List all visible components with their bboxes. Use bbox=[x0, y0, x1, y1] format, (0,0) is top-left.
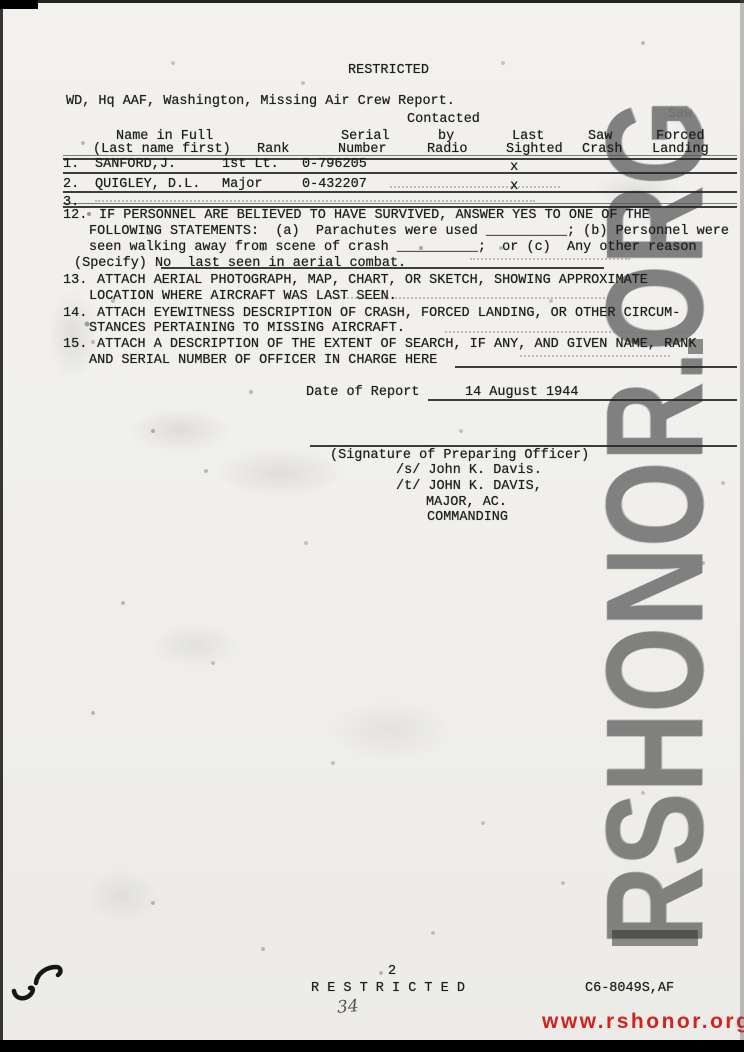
item-number: 12. bbox=[63, 209, 87, 222]
last-sighted-mark: x bbox=[510, 161, 518, 174]
page-number: 2 bbox=[388, 965, 396, 978]
signature-officer-title: COMMANDING bbox=[427, 511, 508, 524]
last-sighted-mark: x bbox=[510, 180, 518, 193]
paper-smudge bbox=[330, 700, 450, 760]
classification-footer: R E S T R I C T E D bbox=[311, 982, 465, 995]
site-url-text: www.rshonor.org bbox=[542, 1010, 744, 1034]
table-rule bbox=[63, 172, 737, 174]
scan-border-top-corner bbox=[0, 0, 38, 9]
date-underline bbox=[428, 399, 737, 401]
item-12-line3: seen walking away from scene of crash __… bbox=[89, 241, 697, 254]
item-number: 13. bbox=[63, 274, 87, 287]
ghost-saw-text: Saw bbox=[668, 108, 692, 121]
signature-officer-rank: MAJOR, AC. bbox=[426, 496, 507, 509]
signature-line bbox=[310, 445, 737, 447]
item-15-line2: AND SERIAL NUMBER OF OFFICER IN CHARGE H… bbox=[89, 354, 437, 367]
form-code: C6-8049S,AF bbox=[585, 982, 674, 995]
crew-serial: 0-796205 bbox=[302, 158, 367, 171]
paper-smudge bbox=[150, 622, 240, 668]
table-rule bbox=[63, 203, 737, 204]
item-13-line1: ATTACH AERIAL PHOTOGRAPH, MAP, CHART, OR… bbox=[97, 274, 648, 287]
table-rule bbox=[63, 155, 737, 156]
table-row-number: 2. bbox=[63, 178, 79, 191]
date-of-report-label: Date of Report bbox=[306, 386, 419, 399]
item-14-line2: STANCES PERTAINING TO MISSING AIRCRAFT. bbox=[89, 322, 405, 335]
item-14-line1: ATTACH EYEWITNESS DESCRIPTION OF CRASH, … bbox=[97, 307, 680, 320]
paper-smudge bbox=[82, 868, 162, 924]
scan-border-left bbox=[0, 0, 3, 1052]
watermark-dark-band bbox=[612, 930, 698, 946]
signature-caption: (Signature of Preparing Officer) bbox=[330, 449, 589, 462]
table-row-number: 1. bbox=[63, 158, 79, 171]
item-15-line1: ATTACH A DESCRIPTION OF THE EXTENT OF SE… bbox=[97, 338, 697, 351]
date-of-report-value: 14 August 1944 bbox=[465, 386, 578, 399]
pen-mark bbox=[8, 958, 70, 1008]
item-12-line1: IF PERSONNEL ARE BELIEVED TO HAVE SURVIV… bbox=[99, 209, 650, 222]
item-13-line2: LOCATION WHERE AIRCRAFT WAS LAST SEEN. bbox=[89, 290, 397, 303]
crew-name: QUIGLEY, D.L. bbox=[95, 178, 200, 191]
scan-border-right bbox=[740, 0, 744, 1052]
scanned-document-page: RSHONOR.ORG RESTRICTED WD, Hq AAF, Washi… bbox=[0, 0, 744, 1052]
item-number: 14. bbox=[63, 307, 87, 320]
crew-rank: Major bbox=[222, 178, 263, 191]
scan-border-top bbox=[0, 0, 744, 3]
answer-underline bbox=[161, 267, 604, 269]
paper-smudge bbox=[130, 408, 230, 452]
signature-typed: /t/ JOHN K. DAVIS, bbox=[396, 480, 542, 493]
col-header-contacted: Contacted bbox=[407, 113, 480, 126]
signature-signed: /s/ John K. Davis. bbox=[396, 464, 542, 477]
noise-dots bbox=[95, 200, 535, 202]
classification-header: RESTRICTED bbox=[348, 64, 429, 77]
paper-smudge bbox=[215, 448, 345, 498]
form-title: WD, Hq AAF, Washington, Missing Air Crew… bbox=[66, 95, 455, 108]
crew-rank: 1st Lt. bbox=[222, 158, 279, 171]
item-number: 15. bbox=[63, 338, 87, 351]
handwritten-page-number: 34 bbox=[336, 996, 359, 1018]
noise-dots bbox=[390, 186, 560, 188]
item-12-line2: FOLLOWING STATEMENTS: (a) Parachutes wer… bbox=[89, 225, 729, 238]
answer-underline bbox=[455, 366, 737, 368]
crew-name: SANFORD,J. bbox=[95, 158, 176, 171]
crew-serial: 0-432207 bbox=[302, 178, 367, 191]
scan-border-bottom bbox=[0, 1040, 744, 1052]
